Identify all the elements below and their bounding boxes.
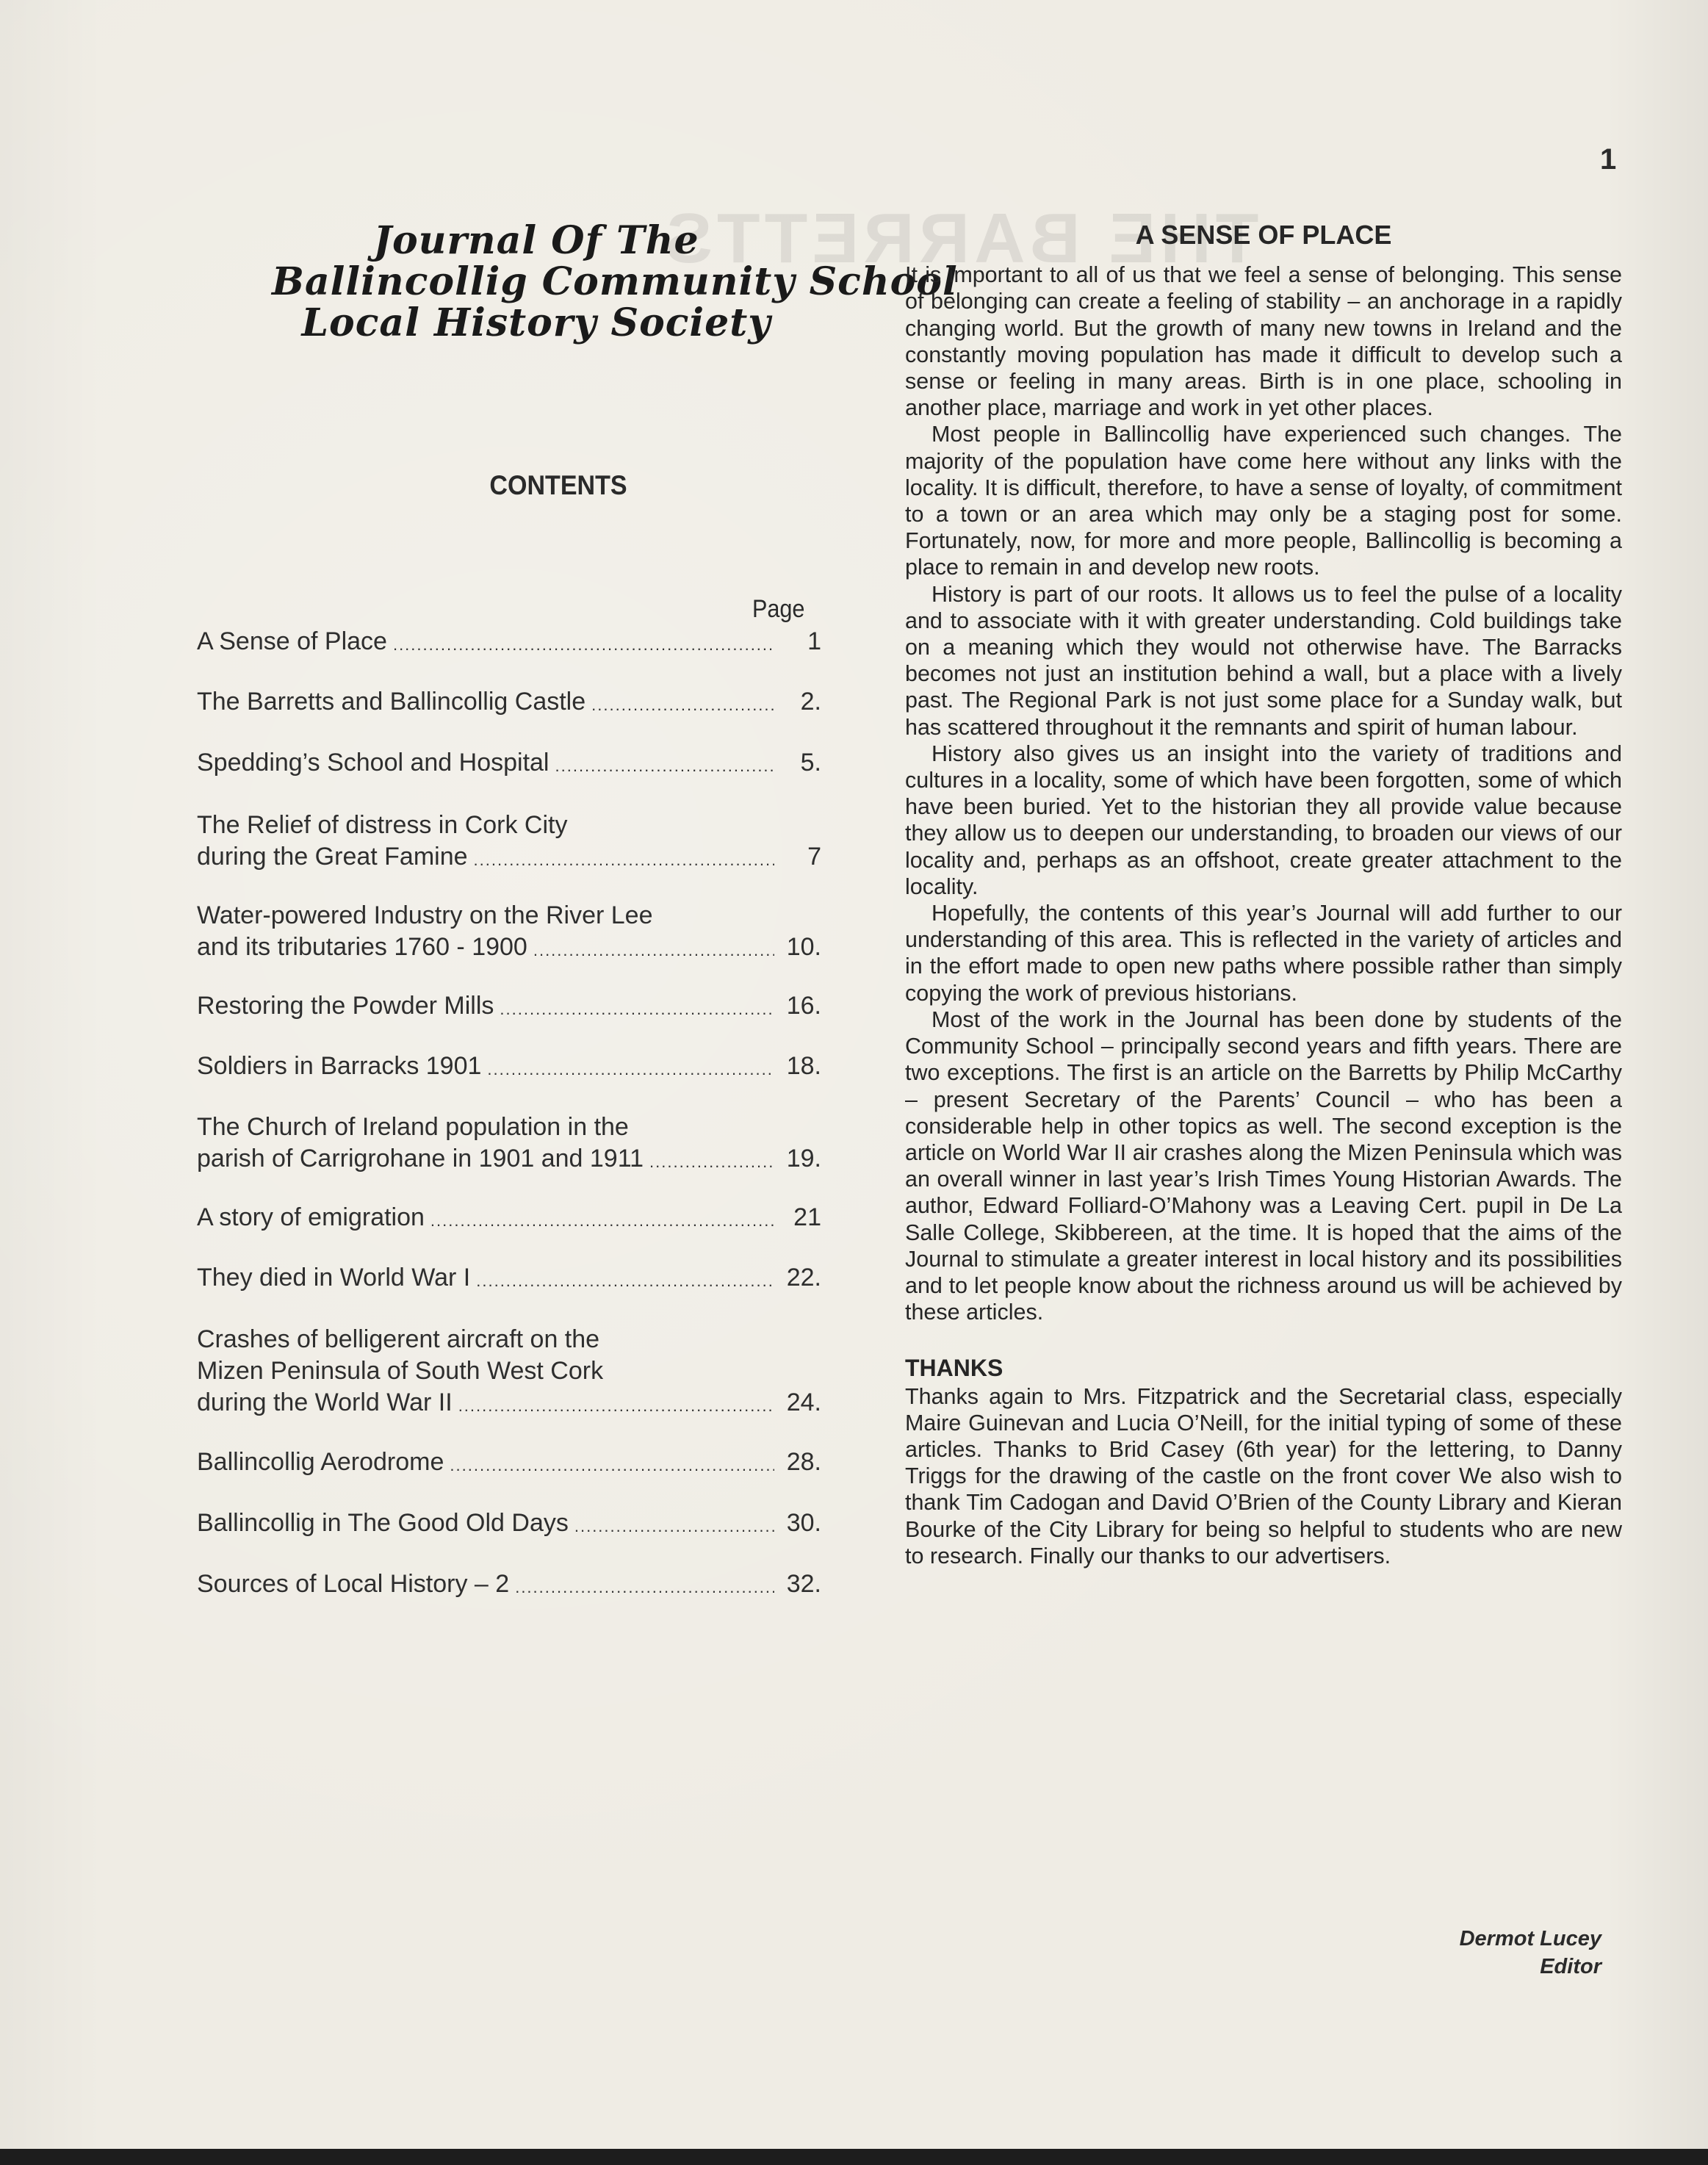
page-number: 1 bbox=[1600, 143, 1616, 176]
toc-leader-dots: ........................................… bbox=[591, 693, 774, 718]
article-paragraph: Most people in Ballincollig have experie… bbox=[905, 421, 1622, 580]
toc-entry-line: and its tributaries 1760 - 1900.........… bbox=[197, 932, 821, 963]
toc-leader-dots: ........................................… bbox=[649, 1150, 774, 1175]
toc-leader-dots: ........................................… bbox=[450, 1453, 774, 1478]
toc-entry-line: Spedding’s School and Hospital..........… bbox=[197, 747, 821, 779]
toc-entry-line: during the Great Famine.................… bbox=[197, 841, 821, 873]
toc-page-number: 19. bbox=[780, 1143, 821, 1175]
toc-leader-dots: ........................................… bbox=[515, 1575, 774, 1600]
journal-masthead: Journal Of The Ballincollig Community Sc… bbox=[272, 220, 801, 344]
toc-entry-line: parish of Carrigrohane in 1901 and 1911.… bbox=[197, 1143, 821, 1175]
toc-entry: Restoring the Powder Mills..............… bbox=[197, 990, 821, 1022]
toc-leader-dots: ........................................… bbox=[500, 997, 774, 1022]
toc-entry-title: Crashes of belligerent aircraft on the bbox=[197, 1324, 599, 1355]
toc-entry-title: during the World War II bbox=[197, 1387, 453, 1419]
article-paragraph: It is important to all of us that we fee… bbox=[905, 262, 1622, 421]
toc-entry-line: Crashes of belligerent aircraft on the bbox=[197, 1324, 821, 1355]
editor-role: Editor bbox=[1396, 1953, 1601, 1981]
thanks-paragraph: Thanks again to Mrs. Fitzpatrick and the… bbox=[905, 1383, 1622, 1569]
toc-leader-dots: ........................................… bbox=[555, 754, 775, 779]
contents-heading: CONTENTS bbox=[423, 470, 693, 501]
page-column-label: Page bbox=[752, 595, 804, 624]
toc-entry-line: Restoring the Powder Mills..............… bbox=[197, 990, 821, 1022]
toc-page-number: 28. bbox=[780, 1447, 821, 1478]
toc-page-number: 16. bbox=[780, 990, 821, 1022]
toc-entry-title: Ballincollig Aerodrome bbox=[197, 1447, 444, 1478]
toc-entry: Crashes of belligerent aircraft on theMi… bbox=[197, 1324, 821, 1419]
toc-page-number: 24. bbox=[780, 1387, 821, 1419]
journal-page: THE BARRETTS 1 Journal Of The Ballincoll… bbox=[0, 0, 1708, 2149]
toc-entry-title: They died in World War I bbox=[197, 1262, 470, 1294]
toc-page-number: 22. bbox=[780, 1262, 821, 1294]
toc-entry-line: A Sense of Place........................… bbox=[197, 626, 821, 658]
editor-signoff: Dermot Lucey Editor bbox=[1396, 1925, 1601, 1981]
toc-entry-title: Water-powered Industry on the River Lee bbox=[197, 900, 652, 932]
toc-entry: A Sense of Place........................… bbox=[197, 626, 821, 658]
scan-background-edge bbox=[0, 2149, 1708, 2165]
toc-leader-dots: ........................................… bbox=[458, 1394, 774, 1419]
masthead-line: Journal Of The bbox=[272, 220, 801, 262]
toc-page-number: 32. bbox=[780, 1568, 821, 1600]
toc-entry-title: and its tributaries 1760 - 1900 bbox=[197, 932, 527, 963]
toc-page-number: 30. bbox=[780, 1507, 821, 1539]
toc-leader-dots: ........................................… bbox=[393, 633, 774, 658]
toc-entry-line: during the World War II.................… bbox=[197, 1387, 821, 1419]
toc-page-number: 1 bbox=[780, 626, 821, 658]
toc-entry-line: Sources of Local History – 2............… bbox=[197, 1568, 821, 1600]
toc-entry: The Barretts and Ballincollig Castle....… bbox=[197, 686, 821, 718]
toc-entry: Ballincollig in The Good Old Days.......… bbox=[197, 1507, 821, 1539]
toc-entry-line: Ballincollig in The Good Old Days.......… bbox=[197, 1507, 821, 1539]
editorial-column: A SENSE OF PLACE It is important to all … bbox=[905, 222, 1622, 1569]
toc-leader-dots: ........................................… bbox=[476, 1269, 774, 1294]
toc-leader-dots: ........................................… bbox=[533, 938, 774, 963]
toc-entry: Spedding’s School and Hospital..........… bbox=[197, 747, 821, 779]
toc-entry: Soldiers in Barracks 1901...............… bbox=[197, 1051, 821, 1082]
masthead-line: Ballincollig Community School bbox=[272, 262, 801, 303]
toc-entry-line: A story of emigration...................… bbox=[197, 1202, 821, 1233]
toc-entry-title: during the Great Famine bbox=[197, 841, 468, 873]
toc-entry-line: Mizen Peninsula of South West Cork bbox=[197, 1355, 821, 1387]
toc-entry-line: The Church of Ireland population in the bbox=[197, 1112, 821, 1143]
article-paragraph: Hopefully, the contents of this year’s J… bbox=[905, 900, 1622, 1006]
toc-entry-title: A story of emigration bbox=[197, 1202, 425, 1233]
toc-entry: Sources of Local History – 2............… bbox=[197, 1568, 821, 1600]
toc-entry-line: Ballincollig Aerodrome..................… bbox=[197, 1447, 821, 1478]
toc-entry-title: Sources of Local History – 2 bbox=[197, 1568, 509, 1600]
toc-page-number: 7 bbox=[780, 841, 821, 873]
toc-entry-title: Soldiers in Barracks 1901 bbox=[197, 1051, 481, 1082]
toc-leader-dots: ........................................… bbox=[430, 1208, 774, 1233]
toc-entry: The Relief of distress in Cork Citydurin… bbox=[197, 810, 821, 873]
toc-page-number: 21 bbox=[780, 1202, 821, 1233]
article-paragraph: Most of the work in the Journal has been… bbox=[905, 1006, 1622, 1325]
toc-entry-line: Water-powered Industry on the River Lee bbox=[197, 900, 821, 932]
toc-entry-title: Mizen Peninsula of South West Cork bbox=[197, 1355, 603, 1387]
toc-entry-title: Spedding’s School and Hospital bbox=[197, 747, 549, 779]
article-paragraph: History is part of our roots. It allows … bbox=[905, 581, 1622, 741]
toc-page-number: 10. bbox=[780, 932, 821, 963]
thanks-heading: THANKS bbox=[905, 1355, 1622, 1381]
toc-leader-dots: ........................................… bbox=[487, 1057, 774, 1082]
editor-name: Dermot Lucey bbox=[1396, 1925, 1601, 1953]
toc-entry-line: The Relief of distress in Cork City bbox=[197, 810, 821, 841]
toc-leader-dots: ........................................… bbox=[574, 1514, 774, 1539]
toc-entry: The Church of Ireland population in thep… bbox=[197, 1112, 821, 1175]
toc-page-number: 5. bbox=[780, 747, 821, 779]
toc-entry-title: Ballincollig in The Good Old Days bbox=[197, 1507, 569, 1539]
toc-entry-line: Soldiers in Barracks 1901...............… bbox=[197, 1051, 821, 1082]
toc-entry-line: The Barretts and Ballincollig Castle....… bbox=[197, 686, 821, 718]
toc-entry: A story of emigration...................… bbox=[197, 1202, 821, 1233]
toc-entry-title: parish of Carrigrohane in 1901 and 1911 bbox=[197, 1143, 644, 1175]
toc-entry: Water-powered Industry on the River Leea… bbox=[197, 900, 821, 963]
masthead-line: Local History Society bbox=[272, 303, 801, 344]
toc-entry-title: A Sense of Place bbox=[197, 626, 387, 658]
toc-leader-dots: ........................................… bbox=[474, 848, 774, 873]
toc-entry-title: The Relief of distress in Cork City bbox=[197, 810, 568, 841]
toc-entry: Ballincollig Aerodrome..................… bbox=[197, 1447, 821, 1478]
article-paragraph: History also gives us an insight into th… bbox=[905, 741, 1622, 900]
toc-entry-title: The Church of Ireland population in the bbox=[197, 1112, 629, 1143]
toc-entry-title: Restoring the Powder Mills bbox=[197, 990, 494, 1022]
toc-page-number: 2. bbox=[780, 686, 821, 718]
toc-entry-line: They died in World War I................… bbox=[197, 1262, 821, 1294]
toc-page-number: 18. bbox=[780, 1051, 821, 1082]
article-title: A SENSE OF PLACE bbox=[905, 222, 1622, 248]
toc-entry: They died in World War I................… bbox=[197, 1262, 821, 1294]
toc-entry-title: The Barretts and Ballincollig Castle bbox=[197, 686, 585, 718]
